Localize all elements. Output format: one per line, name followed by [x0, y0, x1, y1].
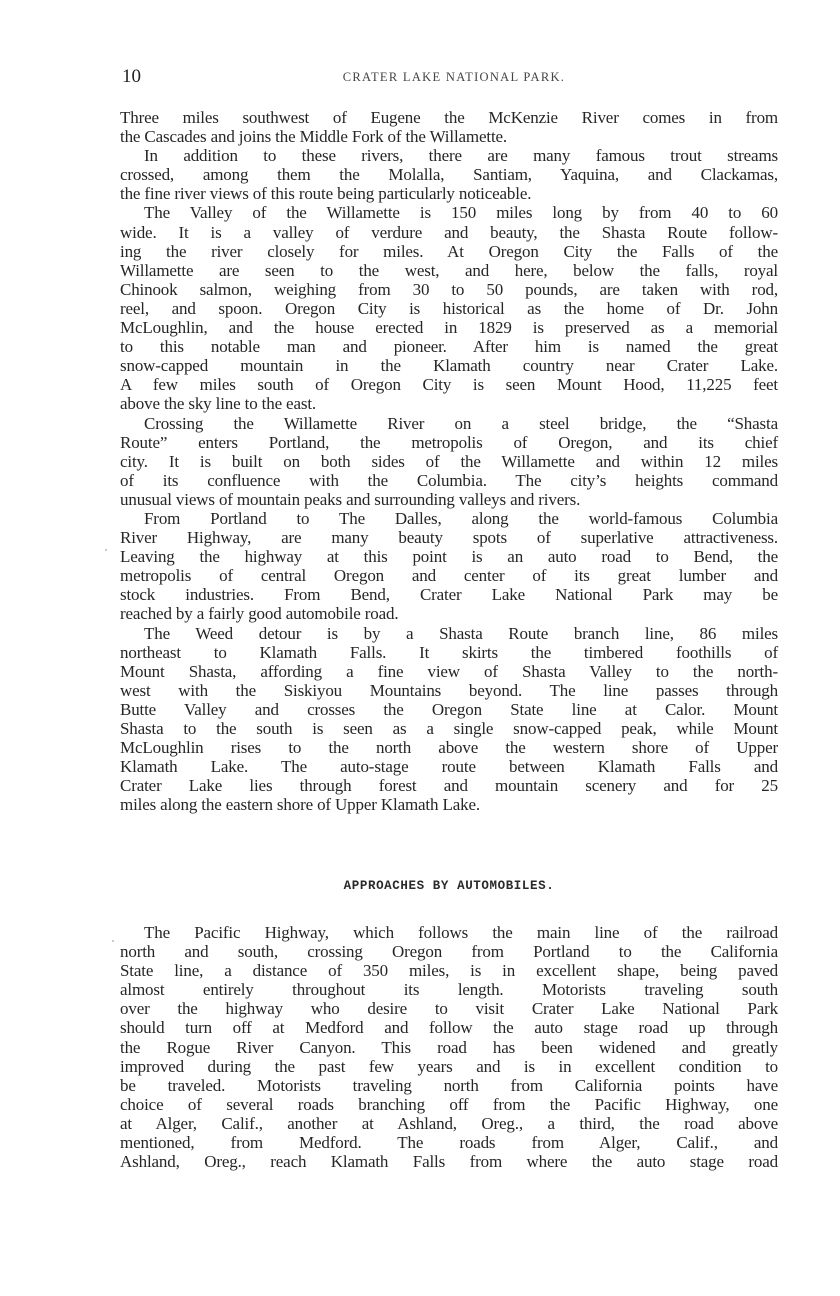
- text-line: Crater Lake lies through forest and moun…: [120, 776, 778, 795]
- section-heading-approaches-by-automobiles: APPROACHES BY AUTOMOBILES.: [120, 879, 778, 893]
- text-line: crossed, among them the Molalla, Santiam…: [120, 165, 778, 184]
- text-line: to this notable man and pioneer. After h…: [120, 337, 778, 356]
- text-line: McLoughlin rises to the north above the …: [120, 738, 778, 757]
- text-line: stock industries. From Bend, Crater Lake…: [120, 585, 778, 604]
- text-line: Leaving the highway at this point is an …: [120, 547, 778, 566]
- text-line: From Portland to The Dalles, along the w…: [120, 509, 778, 528]
- text-line: ing the river closely for miles. At Oreg…: [120, 242, 778, 261]
- text-line: metropolis of central Oregon and center …: [120, 566, 778, 585]
- text-line: northeast to Klamath Falls. It skirts th…: [120, 643, 778, 662]
- section-body-approaches-by-automobiles: The Pacific Highway, which follows the m…: [120, 923, 778, 1171]
- text-line: Butte Valley and crosses the Oregon Stat…: [120, 700, 778, 719]
- text-line: wide. It is a valley of verdure and beau…: [120, 223, 778, 242]
- text-line: reel, and spoon. Oregon City is historic…: [120, 299, 778, 318]
- text-line: Mount Shasta, affording a fine view of S…: [120, 662, 778, 681]
- text-line: miles along the eastern shore of Upper K…: [120, 795, 778, 814]
- text-line: In addition to these rivers, there are m…: [120, 146, 778, 165]
- text-line: mentioned, from Medford. The roads from …: [120, 1133, 778, 1152]
- text-line: west with the Siskiyou Mountains beyond.…: [120, 681, 778, 700]
- running-head: 10 CRATER LAKE NATIONAL PARK.: [120, 66, 778, 90]
- text-line: improved during the past few years and i…: [120, 1057, 778, 1076]
- text-line: Willamette are seen to the west, and her…: [120, 261, 778, 280]
- text-line: choice of several roads branching off fr…: [120, 1095, 778, 1114]
- section-body-railroad-route: Three miles southwest of Eugene the McKe…: [120, 108, 778, 814]
- text-line: reached by a fairly good automobile road…: [120, 604, 778, 623]
- text-line: Klamath Lake. The auto-stage route betwe…: [120, 757, 778, 776]
- scan-speck: [112, 940, 114, 942]
- text-line: the Rogue River Canyon. This road has be…: [120, 1038, 778, 1057]
- text-line: unusual views of mountain peaks and surr…: [120, 490, 778, 509]
- text-line: almost entirely throughout its length. M…: [120, 980, 778, 999]
- scan-speck: [105, 549, 107, 551]
- text-line: Crossing the Willamette River on a steel…: [120, 414, 778, 433]
- text-line: Ashland, Oreg., reach Klamath Falls from…: [120, 1152, 778, 1171]
- text-line: Shasta to the south is seen as a single …: [120, 719, 778, 738]
- text-line: The Weed detour is by a Shasta Route bra…: [120, 624, 778, 643]
- text-line: McLoughlin, and the house erected in 182…: [120, 318, 778, 337]
- text-line: the fine river views of this route being…: [120, 184, 778, 203]
- text-line: should turn off at Medford and follow th…: [120, 1018, 778, 1037]
- text-line: Three miles southwest of Eugene the McKe…: [120, 108, 778, 127]
- text-line: A few miles south of Oregon City is seen…: [120, 375, 778, 394]
- text-line: of its confluence with the Columbia. The…: [120, 471, 778, 490]
- text-line: be traveled. Motorists traveling north f…: [120, 1076, 778, 1095]
- text-line: over the highway who desire to visit Cra…: [120, 999, 778, 1018]
- text-line: city. It is built on both sides of the W…: [120, 452, 778, 471]
- text-line: Route” enters Portland, the metropolis o…: [120, 433, 778, 452]
- text-line: State line, a distance of 350 miles, is …: [120, 961, 778, 980]
- text-line: Chinook salmon, weighing from 30 to 50 p…: [120, 280, 778, 299]
- text-line: The Valley of the Willamette is 150 mile…: [120, 203, 778, 222]
- text-line: the Cascades and joins the Middle Fork o…: [120, 127, 778, 146]
- text-line: north and south, crossing Oregon from Po…: [120, 942, 778, 961]
- text-line: at Alger, Calif., another at Ashland, Or…: [120, 1114, 778, 1133]
- text-line: River Highway, are many beauty spots of …: [120, 528, 778, 547]
- text-line: snow-capped mountain in the Klamath coun…: [120, 356, 778, 375]
- text-line: above the sky line to the east.: [120, 394, 778, 413]
- running-title: CRATER LAKE NATIONAL PARK.: [120, 70, 778, 85]
- text-line: The Pacific Highway, which follows the m…: [120, 923, 778, 942]
